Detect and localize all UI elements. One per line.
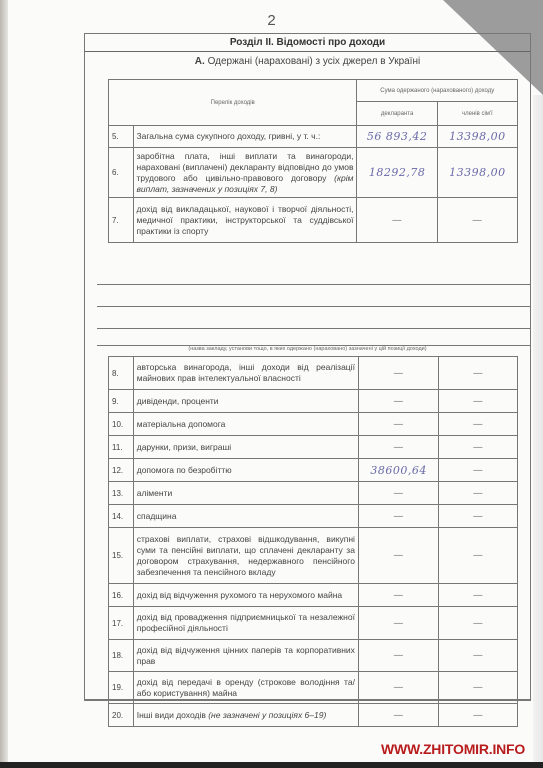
row-description: допомога по безробіттю <box>133 459 358 482</box>
declarant-amount: — <box>358 584 438 607</box>
row-text: аліменти <box>137 488 172 498</box>
declarant-amount: 56 893,42 <box>357 126 437 148</box>
row-text: авторська винагорода, інші доходи від ре… <box>137 362 355 383</box>
row-description: дарунки, призи, виграші <box>133 436 358 459</box>
row-number: 18. <box>109 640 134 672</box>
watermark: WWW.ZHITOMIR.INFO <box>381 741 525 757</box>
subsection-title: А. Одержані (нараховані) з усіх джерел в… <box>85 53 530 71</box>
family-amount: — <box>439 413 518 436</box>
row-text: дохід від передачі в оренду (строкове во… <box>137 677 355 698</box>
family-amount: — <box>439 607 518 640</box>
family-amount: — <box>437 198 517 243</box>
declarant-amount: — <box>358 607 438 640</box>
row-description: дохід від відчуження цінних паперів та к… <box>133 640 358 672</box>
declarant-amount: — <box>358 505 438 528</box>
income-row: 7.дохід від викладацької, наукової і тво… <box>109 198 518 243</box>
row-text: Інші види доходів <box>137 710 206 720</box>
blank-line <box>97 306 530 307</box>
declarant-amount: — <box>358 436 438 459</box>
row-description: Загальна сума сукупного доходу, гривні, … <box>133 126 357 148</box>
header-sum: Сума одержаного (нарахованого) доходу <box>357 80 518 102</box>
row-text: спадщина <box>137 511 177 521</box>
declarant-amount: — <box>358 357 438 390</box>
income-section-frame: Розділ ІІ. Відомості про доходи А. Одерж… <box>84 33 531 701</box>
row-number: 8. <box>109 357 134 390</box>
row-description: дохід від викладацької, наукової і творч… <box>133 198 357 243</box>
row-number: 19. <box>109 672 134 704</box>
row-number: 10. <box>109 413 134 436</box>
family-amount: 13398,00 <box>437 148 517 198</box>
income-table-top: Перелік доходів Сума одержаного (нарахов… <box>108 79 518 243</box>
row-number: 14. <box>109 505 134 528</box>
income-row: 16.дохід від відчуження рухомого та неру… <box>109 584 518 607</box>
row-text: заробітна плата, інші виплати та винагор… <box>137 151 354 183</box>
family-amount: — <box>439 640 518 672</box>
income-row: 8.авторська винагорода, інші доходи від … <box>109 357 518 390</box>
income-row: 14.спадщина —— <box>109 505 518 528</box>
income-row: 5.Загальна сума сукупного доходу, гривні… <box>109 126 518 148</box>
row-text: допомога по безробіттю <box>137 465 232 475</box>
row-text: матеріальна допомога <box>137 419 226 429</box>
declarant-amount: — <box>358 640 438 672</box>
row-text: Загальна сума сукупного доходу, гривні, … <box>137 131 321 141</box>
row-number: 5. <box>109 126 134 148</box>
page-number: 2 <box>0 12 543 29</box>
row-number: 12. <box>109 459 134 482</box>
income-row: 10.матеріальна допомога —— <box>109 413 518 436</box>
row-number: 20. <box>109 704 134 727</box>
declarant-amount: — <box>358 528 438 584</box>
row-description: дохід від провадження підприємницької та… <box>133 607 358 640</box>
declarant-amount: — <box>358 390 438 413</box>
family-amount: 13398,00 <box>437 126 517 148</box>
row-description: дивіденди, проценти <box>133 390 358 413</box>
declarant-amount: 38600,64 <box>358 459 438 482</box>
row-description: спадщина <box>133 505 358 528</box>
blank-line <box>97 284 530 285</box>
subsection-text: Одержані (нараховані) з усіх джерел в Ук… <box>208 56 421 67</box>
row-number: 13. <box>109 482 134 505</box>
family-amount: — <box>439 436 518 459</box>
family-amount: — <box>439 482 518 505</box>
row-number: 15. <box>109 528 134 584</box>
row-text: страхові виплати, страхові відшкодування… <box>137 534 355 577</box>
subsection-letter: А. <box>195 56 205 67</box>
income-row: 18.дохід від відчуження цінних паперів т… <box>109 640 518 672</box>
row-description: дохід від відчуження рухомого та нерухом… <box>133 584 358 607</box>
row-text: дохід від відчуження цінних паперів та к… <box>137 645 355 666</box>
row-number: 11. <box>109 436 134 459</box>
row-number: 7. <box>109 198 134 243</box>
header-declarant: декларанта <box>357 102 437 126</box>
income-row: 6.заробітна плата, інші виплати та винаг… <box>109 148 518 198</box>
income-row: 13.аліменти —— <box>109 482 518 505</box>
row-number: 17. <box>109 607 134 640</box>
row-description: страхові виплати, страхові відшкодування… <box>133 528 358 584</box>
row-text: дивіденди, проценти <box>137 396 219 406</box>
family-amount: — <box>439 459 518 482</box>
family-amount: — <box>439 704 518 727</box>
income-row: 15.страхові виплати, страхові відшкодува… <box>109 528 518 584</box>
scan-left-edge <box>0 0 8 768</box>
row-description: дохід від передачі в оренду (строкове во… <box>133 672 358 704</box>
row-description: Інші види доходів (не зазначені у позиці… <box>133 704 358 727</box>
row-number: 9. <box>109 390 134 413</box>
family-amount: — <box>439 357 518 390</box>
row-note: (не зазначені у позиціях 6–19) <box>208 710 326 720</box>
declarant-amount: — <box>358 482 438 505</box>
family-amount: — <box>439 505 518 528</box>
row-description: авторська винагорода, інші доходи від ре… <box>133 357 358 390</box>
income-row: 19.дохід від передачі в оренду (строкове… <box>109 672 518 704</box>
row-text: дарунки, призи, виграші <box>137 442 231 452</box>
declarant-amount: — <box>357 198 437 243</box>
income-row: 20.Інші види доходів (не зазначені у поз… <box>109 704 518 727</box>
row-number: 6. <box>109 148 134 198</box>
declarant-amount: 18292,78 <box>357 148 437 198</box>
header-family: членів сім'ї <box>437 102 517 126</box>
row-description: матеріальна допомога <box>133 413 358 436</box>
family-amount: — <box>439 528 518 584</box>
income-table-bottom: 8.авторська винагорода, інші доходи від … <box>108 356 518 727</box>
declarant-amount: — <box>358 413 438 436</box>
family-amount: — <box>439 672 518 704</box>
blank-line <box>97 328 530 329</box>
income-row: 17.дохід від провадження підприємницької… <box>109 607 518 640</box>
income-row: 11.дарунки, призи, виграші —— <box>109 436 518 459</box>
family-amount: — <box>439 584 518 607</box>
declarant-amount: — <box>358 704 438 727</box>
scan-bottom-edge <box>0 762 543 768</box>
row-description: аліменти <box>133 482 358 505</box>
declarant-amount: — <box>358 672 438 704</box>
row-text: дохід від викладацької, наукової і творч… <box>137 204 354 236</box>
row-description: заробітна плата, інші виплати та винагор… <box>133 148 357 198</box>
section-title: Розділ ІІ. Відомості про доходи <box>85 34 530 52</box>
income-row: 12.допомога по безробіттю 38600,64— <box>109 459 518 482</box>
row-text: дохід від провадження підприємницької та… <box>137 612 355 633</box>
row-text: дохід від відчуження рухомого та нерухом… <box>137 590 342 600</box>
family-amount: — <box>439 390 518 413</box>
scan-right-edge <box>533 95 543 768</box>
header-income-list: Перелік доходів <box>109 80 357 126</box>
institution-caption: (назва закладу, установи тощо, в яких од… <box>85 346 530 352</box>
income-row: 9.дивіденди, проценти —— <box>109 390 518 413</box>
row-number: 16. <box>109 584 134 607</box>
